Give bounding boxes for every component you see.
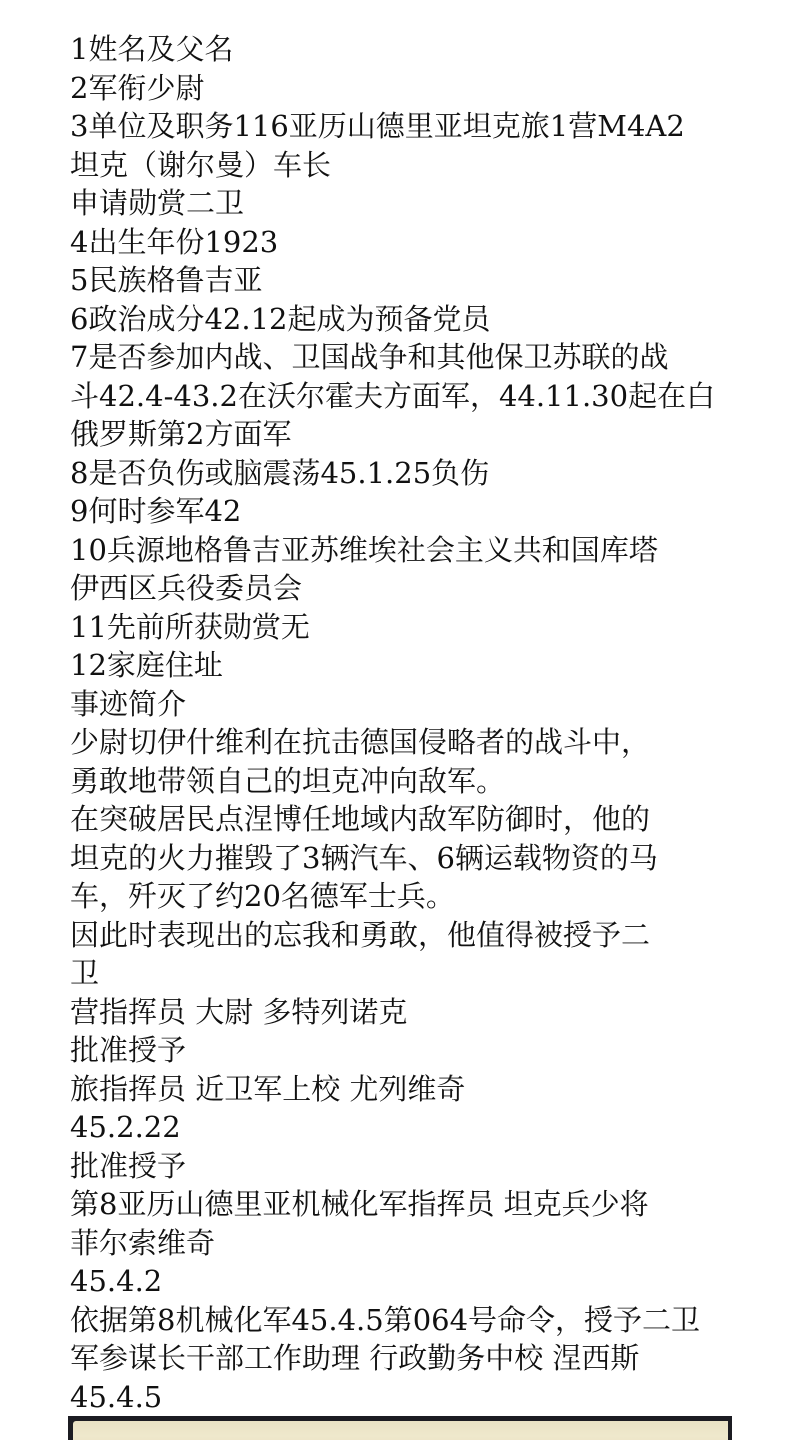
award-request: 申请勋赏二卫	[70, 184, 750, 223]
document-text: 1姓名及父名 2军衔少尉 3单位及职务116亚历山德里亚坦克旅1营M4A2 坦克…	[70, 30, 750, 1416]
deeds-text: 车，歼灭了约20名德军士兵。	[70, 877, 750, 916]
approval: 批准授予	[70, 1031, 750, 1070]
order-reference: 依据第8机械化军45.4.5第064号命令，授予二卫	[70, 1301, 750, 1340]
field-address: 12家庭住址	[70, 646, 750, 685]
signature-staff: 军参谋长干部工作助理 行政勤务中校 涅西斯	[70, 1339, 750, 1378]
signature-battalion: 营指挥员 大尉 多特列诺克	[70, 993, 750, 1032]
field-rank: 2军衔少尉	[70, 69, 750, 108]
date: 45.2.22	[70, 1108, 750, 1147]
signature-brigade: 旅指挥员 近卫军上校 尤列维奇	[70, 1070, 750, 1109]
field-unit-cont: 坦克（谢尔曼）车长	[70, 146, 750, 185]
deeds-text: 在突破居民点涅博任地域内敌军防御时，他的	[70, 800, 750, 839]
field-birth-year: 4出生年份1923	[70, 223, 750, 262]
field-draft-office-cont: 伊西区兵役委员会	[70, 569, 750, 608]
field-ethnicity: 5民族格鲁吉亚	[70, 261, 750, 300]
paper-surface	[73, 1421, 728, 1440]
signature-corps-cont: 菲尔索维奇	[70, 1224, 750, 1263]
deeds-text: 坦克的火力摧毁了3辆汽车、6辆运载物资的马	[70, 839, 750, 878]
field-combat: 7是否参加内战、卫国战争和其他保卫苏联的战	[70, 338, 750, 377]
section-heading-deeds: 事迹简介	[70, 685, 750, 724]
field-combat-cont: 俄罗斯第2方面军	[70, 415, 750, 454]
deeds-text: 勇敢地带领自己的坦克冲向敌军。	[70, 762, 750, 801]
field-combat-cont: 斗42.4-43.2在沃尔霍夫方面军，44.11.30起在白	[70, 377, 750, 416]
signature-corps: 第8亚历山德里亚机械化军指挥员 坦克兵少将	[70, 1185, 750, 1224]
deeds-text: 卫	[70, 954, 750, 993]
field-party: 6政治成分42.12起成为预备党员	[70, 300, 750, 339]
deeds-text: 少尉切伊什维利在抗击德国侵略者的战斗中，	[70, 723, 750, 762]
date: 45.4.5	[70, 1378, 750, 1417]
field-previous-awards: 11先前所获勋赏无	[70, 608, 750, 647]
field-wounds: 8是否负伤或脑震荡45.1.25负伤	[70, 454, 750, 493]
field-name: 1姓名及父名	[70, 30, 750, 69]
field-draft-office: 10兵源地格鲁吉亚苏维埃社会主义共和国库塔	[70, 531, 750, 570]
deeds-text: 因此时表现出的忘我和勇敢，他值得被授予二	[70, 916, 750, 955]
field-unit: 3单位及职务116亚历山德里亚坦克旅1营M4A2	[70, 107, 750, 146]
approval: 批准授予	[70, 1147, 750, 1186]
archival-document-photo	[68, 1416, 732, 1440]
date: 45.4.2	[70, 1262, 750, 1301]
field-enlisted: 9何时参军42	[70, 492, 750, 531]
